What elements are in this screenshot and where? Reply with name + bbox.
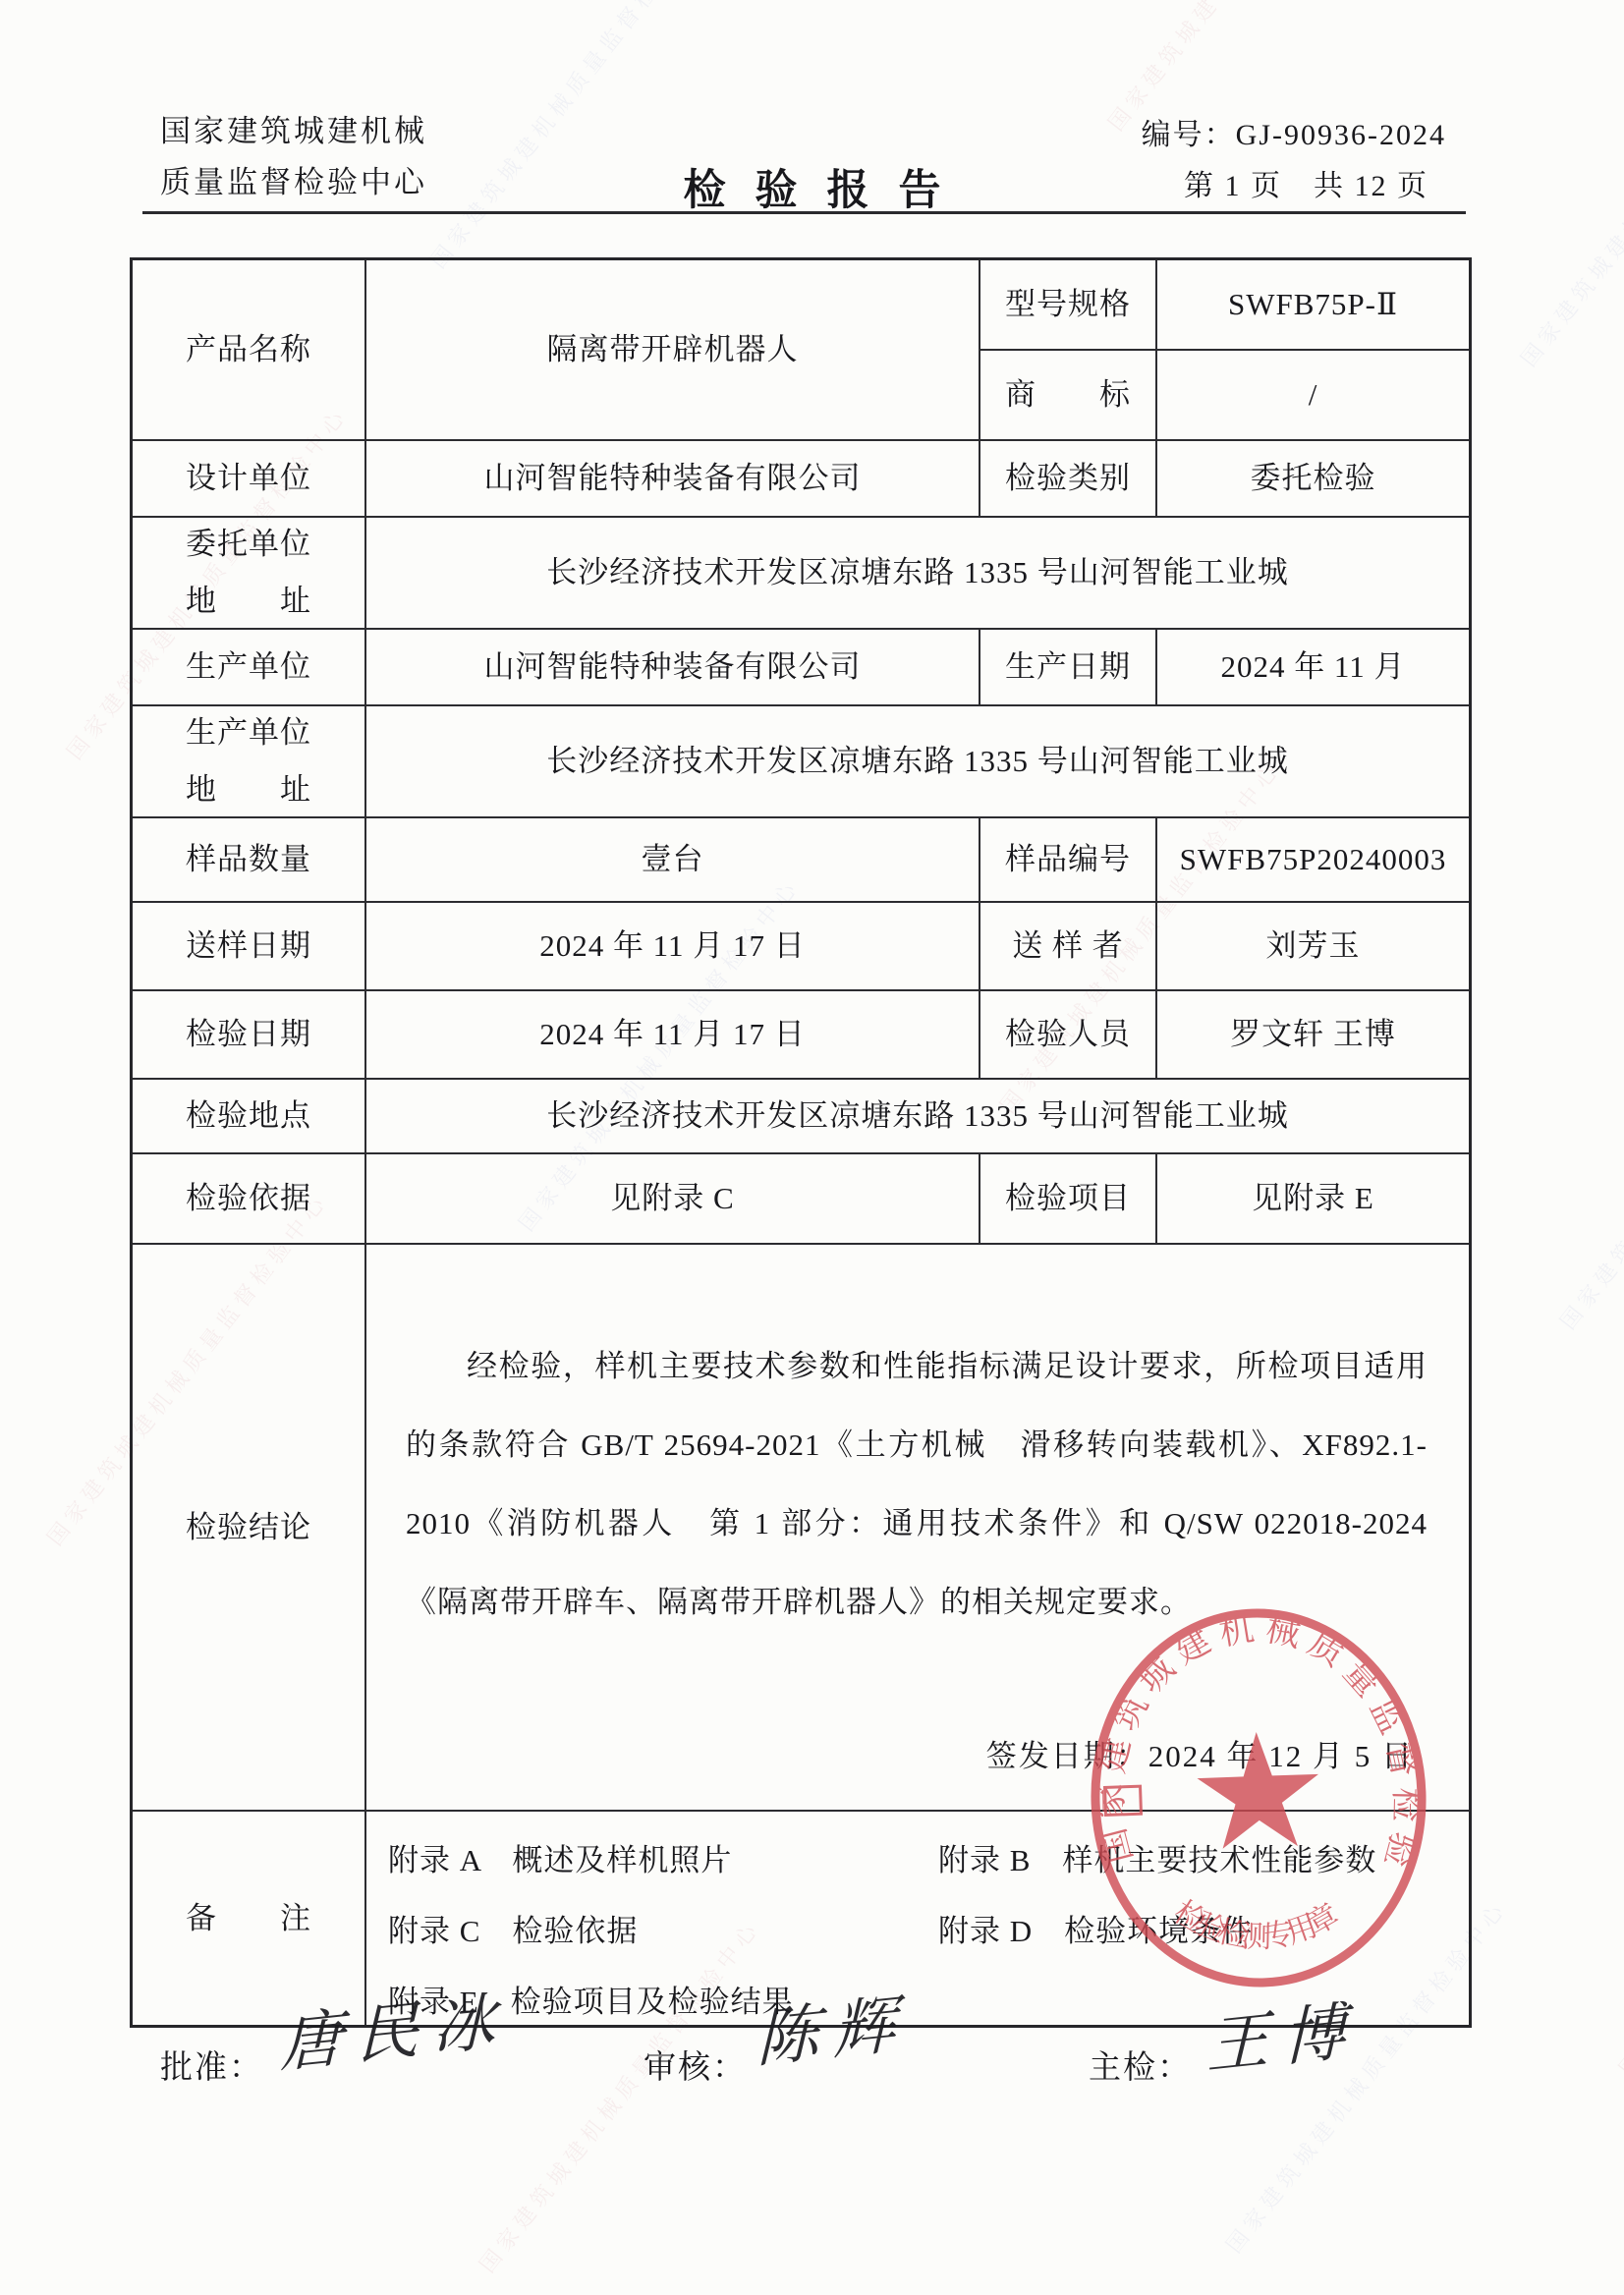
consigner-label-line1: 委托单位 [186, 524, 311, 565]
chief-label: 主检： [1089, 2042, 1192, 2088]
appendix-b: 附录 B 样机主要技术性能参数 [938, 1825, 1376, 1896]
report-page: 国家建筑城建机械质量监督检验中心 国家建筑城建机械质量监督检验中心 国家建筑城建… [0, 0, 1624, 2295]
producer-value: 山河智能特种装备有限公司 [366, 630, 980, 706]
header-rule [142, 211, 1466, 214]
remarks-right-column: 附录 B 样机主要技术性能参数 附录 D 检验环境条件 [938, 1825, 1376, 1967]
producer-label: 生产单位 [133, 630, 366, 706]
consigner-label-line2: 地 址 [186, 581, 311, 622]
delivery-date-value: 2024 年 11 月 17 日 [366, 903, 980, 991]
consigner-address-label: 委托单位 地 址 [133, 518, 366, 630]
production-date-label: 生产日期 [980, 630, 1157, 706]
inspection-type-value: 委托检验 [1157, 441, 1469, 518]
trademark-label: 商 标 [980, 351, 1157, 441]
basis-value: 见附录 C [366, 1154, 980, 1245]
watermark-stripe: 国家建筑城建机械质量监督检验中心 [1552, 970, 1624, 1335]
delivery-date-label: 送样日期 [133, 903, 366, 991]
appendix-a: 附录 A 概述及样机照片 [388, 1825, 938, 1896]
sample-qty-label: 样品数量 [133, 818, 366, 903]
chief-signature: 王博 [1206, 1980, 1359, 2087]
sample-no-value: SWFB75P20240003 [1157, 818, 1469, 903]
conclusion-label: 检验结论 [133, 1245, 366, 1812]
items-value: 见附录 E [1157, 1154, 1469, 1245]
design-unit-value: 山河智能特种装备有限公司 [366, 441, 980, 518]
sample-qty-value: 壹台 [366, 818, 980, 903]
deliverer-value: 刘芳玉 [1157, 903, 1469, 991]
model-value: SWFB75P-Ⅱ [1157, 260, 1469, 351]
review-label: 审核： [644, 2042, 747, 2088]
appendix-c: 附录 C 检验依据 [388, 1896, 938, 1967]
items-label: 检验项目 [980, 1154, 1157, 1245]
watermark-stripe: 国家建筑城建机械质量监督检验中心 [422, 0, 717, 274]
org-name-line1: 国家建筑城建机械 [160, 106, 427, 150]
report-table: 产品名称 隔离带开辟机器人 型号规格 SWFB75P-Ⅱ 商 标 / 设计单位 … [130, 257, 1472, 2028]
approve-label: 批准： [160, 2042, 263, 2088]
conclusion-paragraph: 经检验，样机主要技术参数和性能指标满足设计要求，所检项目适用的条款符合 GB/T… [366, 1245, 1469, 1642]
location-value: 长沙经济技术开发区凉塘东路 1335 号山河智能工业城 [366, 1080, 1469, 1154]
conclusion-cell: 经检验，样机主要技术参数和性能指标满足设计要求，所检项目适用的条款符合 GB/T… [366, 1245, 1469, 1812]
product-name-value: 隔离带开辟机器人 [366, 260, 980, 441]
producer-address-label: 生产单位 地 址 [133, 706, 366, 818]
location-label: 检验地点 [133, 1080, 366, 1154]
design-unit-label: 设计单位 [133, 441, 366, 518]
producer-address-value: 长沙经济技术开发区凉塘东路 1335 号山河智能工业城 [366, 706, 1469, 818]
producer-label-line1: 生产单位 [186, 712, 311, 754]
deliverer-label: 送 样 者 [980, 903, 1157, 991]
report-number: 编号：GJ-90936-2024 [1142, 110, 1446, 153]
product-name-label: 产品名称 [133, 260, 366, 441]
inspectors-value: 罗文轩 王博 [1157, 991, 1469, 1080]
producer-label-line2: 地 址 [186, 769, 311, 811]
review-signature: 陈辉 [756, 1973, 909, 2080]
production-date-value: 2024 年 11 月 [1157, 630, 1469, 706]
inspection-date-label: 检验日期 [133, 991, 366, 1080]
appendix-d: 附录 D 检验环境条件 [938, 1896, 1376, 1967]
sample-no-label: 样品编号 [980, 818, 1157, 903]
inspection-type-label: 检验类别 [980, 441, 1157, 518]
issue-date: 签发日期：2024 年 12 月 5 日 [986, 1736, 1414, 1777]
trademark-value: / [1157, 351, 1469, 441]
inspection-date-value: 2024 年 11 月 17 日 [366, 991, 980, 1080]
model-label: 型号规格 [980, 260, 1157, 351]
basis-label: 检验依据 [133, 1154, 366, 1245]
consigner-address-value: 长沙经济技术开发区凉塘东路 1335 号山河智能工业城 [366, 518, 1469, 630]
page-indicator: 第 1 页 共 12 页 [1184, 161, 1428, 204]
watermark-stripe: 国家建筑城建机械质量监督检验中心 [1611, 1716, 1624, 2082]
inspectors-label: 检验人员 [980, 991, 1157, 1080]
